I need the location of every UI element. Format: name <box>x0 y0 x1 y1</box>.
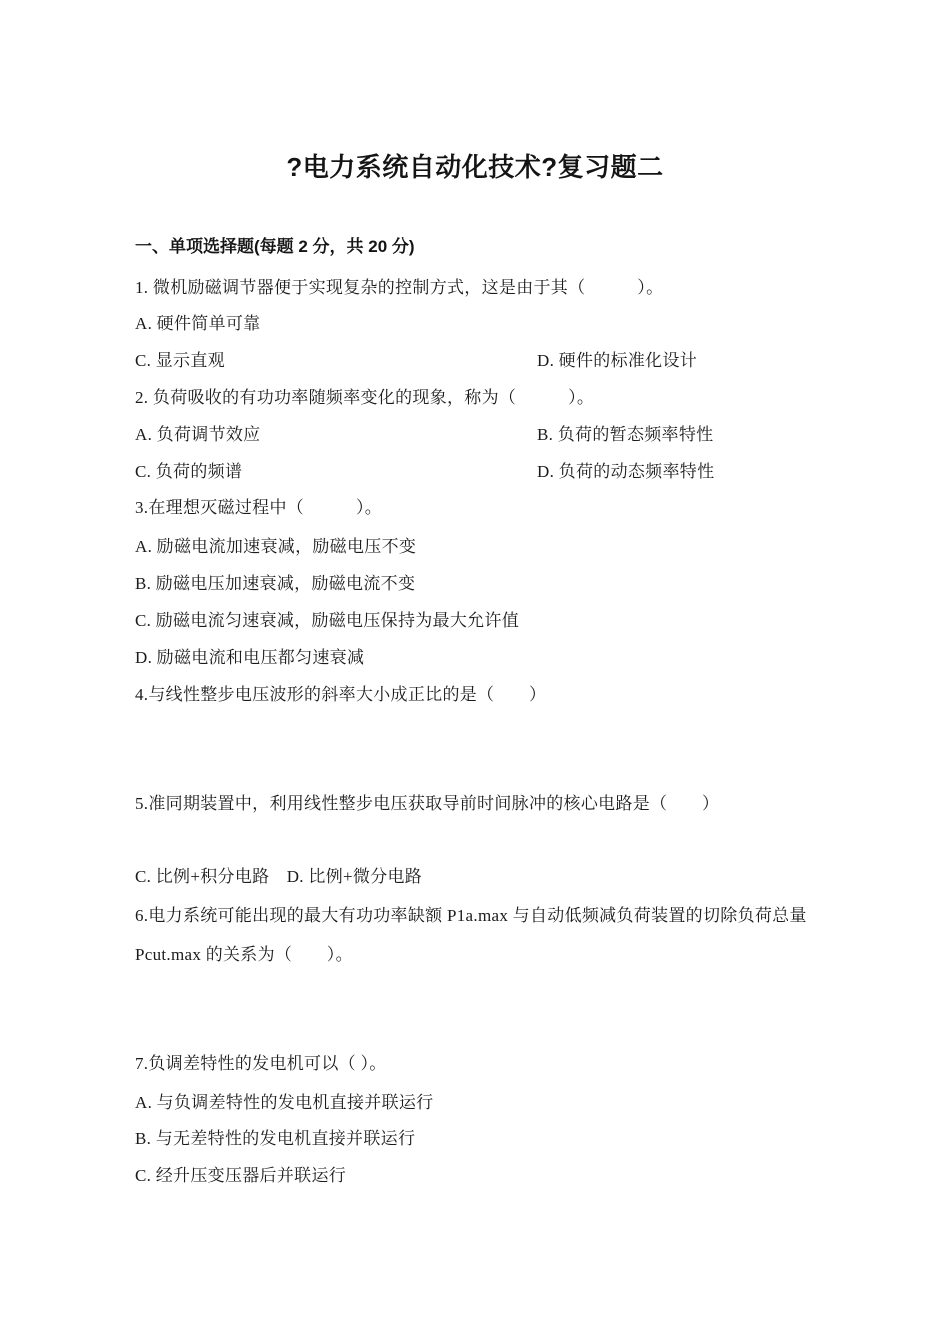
document-page: ?电力系统自动化技术?复习题二 一、单项选择题(每题 2 分，共 20 分) 1… <box>0 0 950 1341</box>
question-3-option-d: D. 励磁电流和电压都匀速衰减 <box>135 647 835 668</box>
question-7-option-a: A. 与负调差特性的发电机直接并联运行 <box>135 1092 835 1113</box>
question-3-option-a: A. 励磁电流加速衰减，励磁电压不变 <box>135 536 835 557</box>
question-7-option-c: C. 经升压变压器后并联运行 <box>135 1165 835 1186</box>
section-heading: 一、单项选择题(每题 2 分，共 20 分) <box>135 236 415 258</box>
question-3: 3.在理想灭磁过程中（ ）。 <box>135 497 835 518</box>
document-title: ?电力系统自动化技术?复习题二 <box>0 152 950 182</box>
question-2-options-ab: A. 负荷调节效应B. 负荷的暂态频率特性 <box>135 424 835 445</box>
question-6-line-2: Pcut.max 的关系为（ ）。 <box>135 944 835 965</box>
question-1-options-cd: C. 显示直观D. 硬件的标准化设计 <box>135 350 835 371</box>
question-3-option-c: C. 励磁电流匀速衰减，励磁电压保持为最大允许值 <box>135 610 835 631</box>
question-2: 2. 负荷吸收的有功功率随频率变化的现象，称为（ ）。 <box>135 387 835 408</box>
question-2-options-cd: C. 负荷的频谱D. 负荷的动态频率特性 <box>135 461 835 482</box>
question-2-options-ab-col2: B. 负荷的暂态频率特性 <box>537 424 713 445</box>
question-1-options-cd-col1: C. 显示直观 <box>135 351 225 370</box>
question-1: 1. 微机励磁调节器便于实现复杂的控制方式，这是由于其（ ）。 <box>135 277 835 298</box>
question-6-line-1: 6.电力系统可能出现的最大有功功率缺额 P1a.max 与自动低频减负荷装置的切… <box>135 905 835 926</box>
question-7: 7.负调差特性的发电机可以（ ）。 <box>135 1053 835 1074</box>
question-3-option-b: B. 励磁电压加速衰减，励磁电流不变 <box>135 573 835 594</box>
question-5: 5.准同期装置中，利用线性整步电压获取导前时间脉冲的核心电路是（ ） <box>135 793 835 814</box>
question-2-options-ab-col1: A. 负荷调节效应 <box>135 425 260 444</box>
question-2-options-cd-col1: C. 负荷的频谱 <box>135 462 242 481</box>
question-2-options-cd-col2: D. 负荷的动态频率特性 <box>537 461 714 482</box>
question-1-options-cd-col2: D. 硬件的标准化设计 <box>537 350 697 371</box>
question-7-option-b: B. 与无差特性的发电机直接并联运行 <box>135 1128 835 1149</box>
question-4: 4.与线性整步电压波形的斜率大小成正比的是（ ） <box>135 684 835 705</box>
question-5-options-cd: C. 比例+积分电路 D. 比例+微分电路 <box>135 866 835 887</box>
question-1-option-a: A. 硬件简单可靠 <box>135 313 835 334</box>
